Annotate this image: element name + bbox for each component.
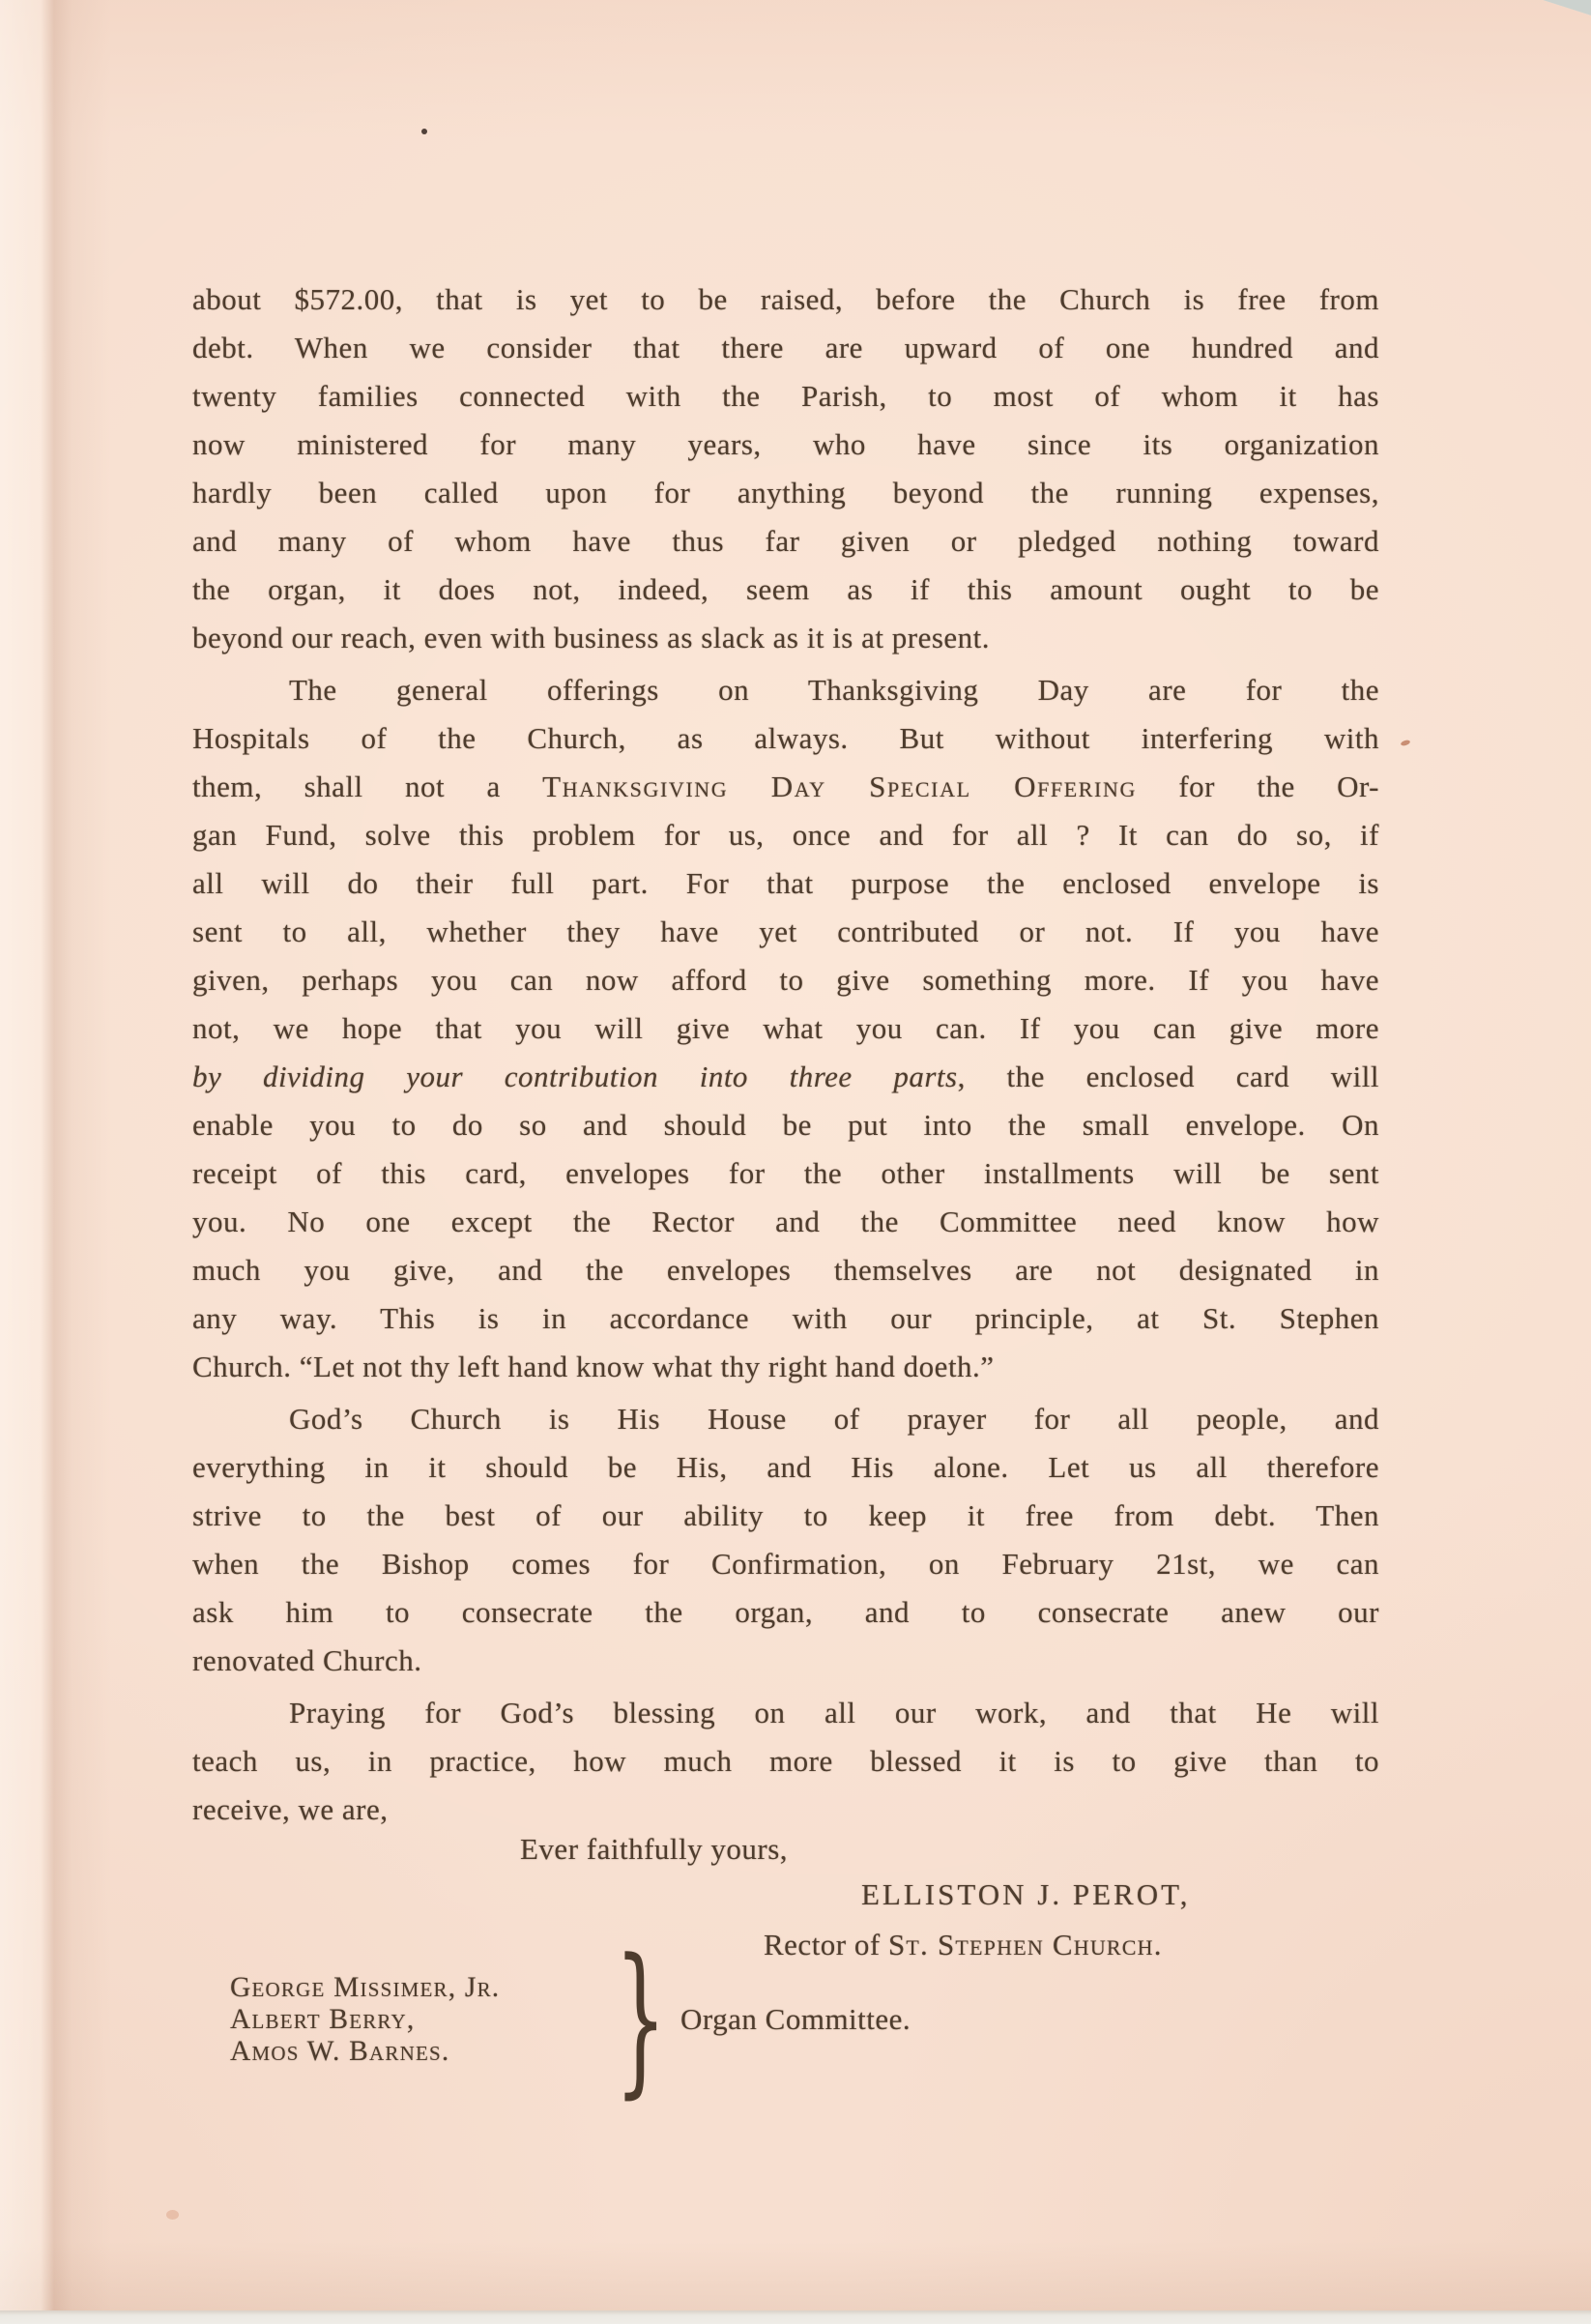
committee-brace: }: [615, 1956, 666, 2081]
letter-body: about $572.00, that is yet to be raised,…: [192, 276, 1379, 1834]
committee-names: George Missimer, Jr. Albert Berry, Amos …: [230, 1972, 500, 2068]
committee-label: Organ Committee.: [680, 1995, 911, 2044]
line-text: them, shall not a: [192, 770, 542, 803]
paragraph-4: Praying for God’s blessing on all our wo…: [192, 1689, 1379, 1834]
letter-line: now ministered for many years, who have …: [192, 421, 1379, 469]
letter-line: not, we hope that you will give what you…: [192, 1004, 1379, 1053]
letter-line: Church. “Let not thy left hand know what…: [192, 1343, 1379, 1391]
letter-line: everything in it should be His, and His …: [192, 1443, 1379, 1492]
letter-line: teach us, in practice, how much more ble…: [192, 1737, 1379, 1786]
letter-line: them, shall not a Thanksgiving Day Speci…: [192, 763, 1379, 811]
letter-line: hardly been called upon for anything bey…: [192, 469, 1379, 517]
letter-line: about $572.00, that is yet to be raised,…: [192, 276, 1379, 324]
letter-line: by dividing your contribution into three…: [192, 1053, 1379, 1101]
smallcaps-offering-title: Thanksgiving Day Special Offering: [542, 770, 1137, 803]
italic-phrase: by dividing your contribution into three…: [192, 1060, 958, 1093]
letter-line: all will do their full part. For that pu…: [192, 859, 1379, 908]
committee-member: Amos W. Barnes.: [230, 2036, 500, 2068]
signer-title: Rector of St. Stephen Church.: [764, 1921, 1163, 1969]
letter-line: twenty families connected with the Paris…: [192, 372, 1379, 421]
red-speck: [1400, 740, 1410, 747]
letter-line: given, perhaps you can now afford to giv…: [192, 956, 1379, 1004]
line-text: for the Or-: [1137, 770, 1379, 803]
committee-member: George Missimer, Jr.: [230, 1972, 500, 2004]
line-text: , the enclosed card will: [958, 1060, 1379, 1093]
letter-line: the organ, it does not, indeed, seem as …: [192, 566, 1379, 614]
letter-line: debt. When we consider that there are up…: [192, 324, 1379, 372]
paragraph-3: God’s Church is His House of prayer for …: [192, 1395, 1379, 1685]
letter-line: beyond our reach, even with business as …: [192, 614, 1379, 662]
committee-member: Albert Berry,: [230, 2004, 500, 2036]
letter-line: when the Bishop comes for Confirmation, …: [192, 1540, 1379, 1588]
letter-line: ask him to consecrate the organ, and to …: [192, 1588, 1379, 1637]
letter-line: enable you to do so and should be put in…: [192, 1101, 1379, 1149]
fox-spot: [166, 2210, 179, 2220]
letter-line: The general offerings on Thanksgiving Da…: [192, 666, 1379, 714]
letter-line: any way. This is in accordance with our …: [192, 1294, 1379, 1343]
valediction: Ever faithfully yours,: [520, 1825, 788, 1874]
signer-title-prefix: Rector of: [764, 1928, 888, 1961]
scanned-letter-page: about $572.00, that is yet to be raised,…: [0, 0, 1591, 2324]
letter-line: you. No one except the Rector and the Co…: [192, 1198, 1379, 1246]
paragraph-1: about $572.00, that is yet to be raised,…: [192, 276, 1379, 662]
letter-line: Hospitals of the Church, as always. But …: [192, 714, 1379, 763]
letter-line: God’s Church is His House of prayer for …: [192, 1395, 1379, 1443]
letter-line: receipt of this card, envelopes for the …: [192, 1149, 1379, 1198]
signer-name: ELLISTON J. PEROT,: [861, 1871, 1190, 1919]
paper: about $572.00, that is yet to be raised,…: [0, 0, 1591, 2310]
letter-line: strive to the best of our ability to kee…: [192, 1492, 1379, 1540]
letter-line: sent to all, whether they have yet contr…: [192, 908, 1379, 956]
page-bottom-edge: [0, 2309, 1591, 2324]
letter-line: renovated Church.: [192, 1637, 1379, 1685]
signer-title-church: St. Stephen Church.: [888, 1928, 1163, 1961]
letter-line: gan Fund, solve this problem for us, onc…: [192, 811, 1379, 859]
letter-line: Praying for God’s blessing on all our wo…: [192, 1689, 1379, 1737]
paragraph-2: The general offerings on Thanksgiving Da…: [192, 666, 1379, 1391]
letter-line: and many of whom have thus far given or …: [192, 517, 1379, 566]
ink-speck: [421, 129, 427, 134]
letter-line: much you give, and the envelopes themsel…: [192, 1246, 1379, 1294]
